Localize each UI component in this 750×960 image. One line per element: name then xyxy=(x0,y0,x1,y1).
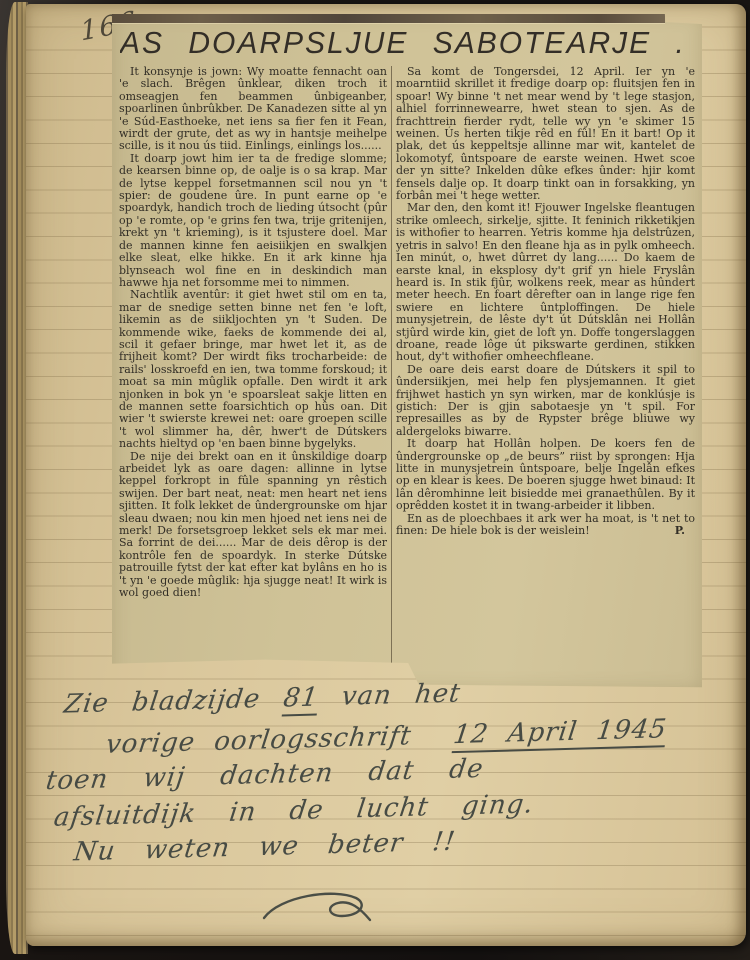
column-divider-rule xyxy=(391,66,392,678)
paragraph: Nachtlik aventûr: it giet hwet stil om e… xyxy=(119,289,387,450)
note-text: van het xyxy=(317,678,463,712)
paragraph-with-signature: En as de ploechbaes it ark wer ha moat, … xyxy=(396,513,695,538)
underlined-date: 12 April 1945 xyxy=(451,714,668,753)
paragraph: De oare deis earst doare de Dútskers it … xyxy=(396,364,695,438)
book-gutter-page-edges xyxy=(6,2,28,954)
scanned-notebook-photo: 166. AS DOARPSLJUE SABOTEARJE . . . . . … xyxy=(0,0,750,960)
newspaper-clipping: AS DOARPSLJUE SABOTEARJE . . . . . It ko… xyxy=(112,14,702,690)
author-initial: P. xyxy=(664,525,695,537)
article-right-column: Sa komt de Tongersdei, 12 April. Ier yn … xyxy=(396,66,695,682)
torn-newsprint-edge xyxy=(112,14,665,23)
paragraph: It konsynje is jown: Wy moatte fennacht … xyxy=(119,66,387,153)
spacer xyxy=(410,743,452,744)
flourish-doodle xyxy=(258,886,378,936)
paragraph-text: En as de ploechbaes it ark wer ha moat, … xyxy=(396,512,695,537)
article-columns: It konsynje is jown: Wy moatte fennacht … xyxy=(119,66,695,686)
paragraph: De nije dei brekt oan en it ûnskildige d… xyxy=(119,451,387,600)
underlined-page-ref: 81 xyxy=(281,682,320,716)
article-title: AS DOARPSLJUE SABOTEARJE . . . . . xyxy=(120,27,696,62)
note-text: Zie bladzijde xyxy=(62,683,285,719)
paragraph: Sa komt de Tongersdei, 12 April. Ier yn … xyxy=(396,66,695,202)
paragraph: It doarp jowt him ier ta de fredige slom… xyxy=(119,153,387,289)
paragraph: It doarp hat Hollân holpen. De koers fen… xyxy=(396,438,695,512)
paragraph: Mar den, den komt it! Fjouwer Ingelske f… xyxy=(396,202,695,363)
article-left-column: It konsynje is jown: Wy moatte fennacht … xyxy=(119,66,387,652)
